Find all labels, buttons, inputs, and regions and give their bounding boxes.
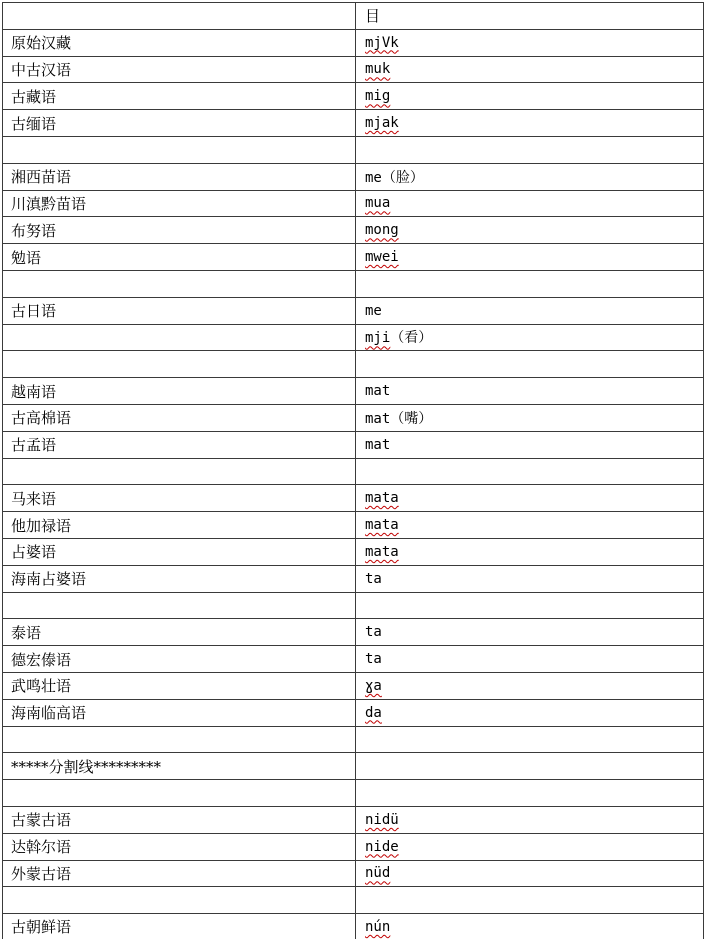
word-label: nide xyxy=(365,839,399,855)
language-label: *****分割线********* xyxy=(11,758,161,776)
word-cell[interactable] xyxy=(356,726,704,753)
language-cell[interactable] xyxy=(3,351,356,378)
word-cell[interactable]: mji（看） xyxy=(356,324,704,351)
language-cell[interactable] xyxy=(3,458,356,485)
word-cell[interactable]: muk xyxy=(356,56,704,83)
table-row xyxy=(3,592,704,619)
language-label: 古高棉语 xyxy=(11,409,71,427)
language-cell[interactable]: 原始汉藏 xyxy=(3,29,356,56)
word-cell[interactable] xyxy=(356,458,704,485)
word-cell[interactable]: da xyxy=(356,699,704,726)
table-row: 原始汉藏 mjVk xyxy=(3,29,704,56)
word-label: mjak xyxy=(365,115,399,131)
word-cell[interactable]: nún xyxy=(356,914,704,939)
word-label: muk xyxy=(365,61,390,77)
table-row xyxy=(3,726,704,753)
language-cell[interactable]: 占婆语 xyxy=(3,538,356,565)
language-label: 海南临高语 xyxy=(11,704,86,722)
table-row: 海南临高语 da xyxy=(3,699,704,726)
table-row: 马来语 mata xyxy=(3,485,704,512)
word-cell[interactable]: nide xyxy=(356,833,704,860)
table-row: 古高棉语 mat（嘴） xyxy=(3,404,704,431)
word-cell[interactable] xyxy=(356,351,704,378)
word-label: ta xyxy=(365,651,382,667)
header-word-label: 目 xyxy=(365,7,380,25)
table-row: 武鸣壮语 ɣa xyxy=(3,672,704,699)
language-cell[interactable]: 泰语 xyxy=(3,619,356,646)
language-label: 他加禄语 xyxy=(11,517,71,535)
language-label: 马来语 xyxy=(11,490,56,508)
word-cell[interactable]: mata xyxy=(356,538,704,565)
language-cell[interactable]: 他加禄语 xyxy=(3,512,356,539)
table-row xyxy=(3,780,704,807)
language-cell[interactable]: 海南临高语 xyxy=(3,699,356,726)
language-cell[interactable]: 中古汉语 xyxy=(3,56,356,83)
language-cell[interactable] xyxy=(3,136,356,163)
word-label: mat xyxy=(365,411,390,427)
language-cell[interactable]: 古蒙古语 xyxy=(3,806,356,833)
language-cell[interactable]: 外蒙古语 xyxy=(3,860,356,887)
table-row xyxy=(3,351,704,378)
table-row: 古蒙古语 nidü xyxy=(3,806,704,833)
language-cell[interactable] xyxy=(3,887,356,914)
word-label: nidü xyxy=(365,812,399,828)
word-label: mua xyxy=(365,195,390,211)
language-cell[interactable]: 湘西苗语 xyxy=(3,163,356,190)
language-label: 湘西苗语 xyxy=(11,168,71,186)
word-cell[interactable] xyxy=(356,136,704,163)
table-row: 德宏傣语 ta xyxy=(3,646,704,673)
language-label: 海南占婆语 xyxy=(11,570,86,588)
table-row: 泰语 ta xyxy=(3,619,704,646)
language-label: 占婆语 xyxy=(11,543,56,561)
word-cell[interactable]: mata xyxy=(356,512,704,539)
language-cell[interactable]: 古缅语 xyxy=(3,110,356,137)
language-label: 布努语 xyxy=(11,222,56,240)
language-cell[interactable]: 古藏语 xyxy=(3,83,356,110)
language-label: 古朝鲜语 xyxy=(11,918,71,936)
table-row: 他加禄语 mata xyxy=(3,512,704,539)
word-label: me xyxy=(365,170,382,186)
table-row: 古藏语 mig xyxy=(3,83,704,110)
word-cell[interactable]: mong xyxy=(356,217,704,244)
word-cell[interactable]: mat xyxy=(356,431,704,458)
word-cell[interactable]: mig xyxy=(356,83,704,110)
word-label: ta xyxy=(365,571,382,587)
language-cell[interactable]: 勉语 xyxy=(3,244,356,271)
language-label: 古日语 xyxy=(11,302,56,320)
table-row: 湘西苗语 me（脸） xyxy=(3,163,704,190)
table-body: 原始汉藏 mjVk 中古汉语 muk 古藏语 mig 古缅 xyxy=(3,29,704,939)
word-label: ta xyxy=(365,624,382,640)
word-cell[interactable] xyxy=(356,780,704,807)
word-cell[interactable]: mjVk xyxy=(356,29,704,56)
table-row xyxy=(3,458,704,485)
language-label: 德宏傣语 xyxy=(11,651,71,669)
language-cell[interactable] xyxy=(3,780,356,807)
language-cell[interactable]: 川滇黔苗语 xyxy=(3,190,356,217)
header-row: 目 xyxy=(3,3,704,30)
word-note: （嘴） xyxy=(390,411,432,427)
table-row: 海南占婆语 ta xyxy=(3,565,704,592)
word-cell[interactable]: ta xyxy=(356,565,704,592)
language-label: 达斡尔语 xyxy=(11,838,71,856)
language-cell[interactable] xyxy=(3,592,356,619)
language-cell[interactable]: 武鸣壮语 xyxy=(3,672,356,699)
language-label: 原始汉藏 xyxy=(11,34,71,52)
word-cell[interactable] xyxy=(356,270,704,297)
language-label: 古孟语 xyxy=(11,436,56,454)
word-cell[interactable]: ɣa xyxy=(356,672,704,699)
word-label: nún xyxy=(365,919,390,935)
language-label: 勉语 xyxy=(11,249,41,267)
table-row: 达斡尔语 nide xyxy=(3,833,704,860)
table-row: 越南语 mat xyxy=(3,378,704,405)
table-row xyxy=(3,270,704,297)
language-cell[interactable]: 古朝鲜语 xyxy=(3,914,356,939)
language-label: 外蒙古语 xyxy=(11,865,71,883)
language-cell[interactable]: *****分割线********* xyxy=(3,753,356,780)
header-language-cell[interactable] xyxy=(3,3,356,30)
word-cell[interactable]: nidü xyxy=(356,806,704,833)
language-cell[interactable]: 马来语 xyxy=(3,485,356,512)
word-label: da xyxy=(365,705,382,721)
word-cell[interactable]: nüd xyxy=(356,860,704,887)
word-label: ɣa xyxy=(365,678,382,694)
table-row: 古缅语 mjak xyxy=(3,110,704,137)
cognate-table: 目 原始汉藏 mjVk 中古汉语 muk 古藏语 xyxy=(2,2,704,939)
word-label: mata xyxy=(365,490,399,506)
word-cell[interactable] xyxy=(356,887,704,914)
language-cell[interactable] xyxy=(3,726,356,753)
word-cell[interactable]: ta xyxy=(356,619,704,646)
language-cell[interactable] xyxy=(3,270,356,297)
word-label: mig xyxy=(365,88,390,104)
language-label: 泰语 xyxy=(11,624,41,642)
table-row xyxy=(3,136,704,163)
word-cell[interactable]: mata xyxy=(356,485,704,512)
table-row: 中古汉语 muk xyxy=(3,56,704,83)
table-row: 勉语 mwei xyxy=(3,244,704,271)
word-cell[interactable]: mwei xyxy=(356,244,704,271)
word-cell[interactable] xyxy=(356,592,704,619)
word-cell[interactable]: mat xyxy=(356,378,704,405)
word-label: mata xyxy=(365,544,399,560)
table-row: 外蒙古语 nüd xyxy=(3,860,704,887)
word-cell[interactable]: mjak xyxy=(356,110,704,137)
table-row: 占婆语 mata xyxy=(3,538,704,565)
language-label: 古缅语 xyxy=(11,115,56,133)
language-label: 古蒙古语 xyxy=(11,811,71,829)
language-cell[interactable]: 古孟语 xyxy=(3,431,356,458)
language-cell[interactable]: 海南占婆语 xyxy=(3,565,356,592)
table-row: 古孟语 mat xyxy=(3,431,704,458)
word-label: mata xyxy=(365,517,399,533)
table-row: *****分割线********* xyxy=(3,753,704,780)
word-label: mong xyxy=(365,222,399,238)
table-row: 古日语 me xyxy=(3,297,704,324)
language-label: 武鸣壮语 xyxy=(11,677,71,695)
word-label: me xyxy=(365,303,382,319)
word-cell[interactable]: mat（嘴） xyxy=(356,404,704,431)
word-label: mat xyxy=(365,383,390,399)
word-cell[interactable]: mua xyxy=(356,190,704,217)
language-cell[interactable] xyxy=(3,324,356,351)
word-label: nüd xyxy=(365,865,390,881)
table-row: 古朝鲜语 nún xyxy=(3,914,704,939)
word-cell[interactable]: me xyxy=(356,297,704,324)
language-label: 古藏语 xyxy=(11,88,56,106)
language-label: 中古汉语 xyxy=(11,61,71,79)
language-cell[interactable]: 达斡尔语 xyxy=(3,833,356,860)
document-page: 目 原始汉藏 mjVk 中古汉语 muk 古藏语 xyxy=(0,0,712,939)
word-label: mji xyxy=(365,330,390,346)
language-label: 川滇黔苗语 xyxy=(11,195,86,213)
word-label: mjVk xyxy=(365,35,399,51)
language-label: 越南语 xyxy=(11,383,56,401)
word-label: mat xyxy=(365,437,390,453)
table-row: 川滇黔苗语 mua xyxy=(3,190,704,217)
word-note: （脸） xyxy=(382,170,424,186)
header-word-cell[interactable]: 目 xyxy=(356,3,704,30)
word-cell[interactable]: ta xyxy=(356,646,704,673)
language-cell[interactable]: 古高棉语 xyxy=(3,404,356,431)
word-cell[interactable]: me（脸） xyxy=(356,163,704,190)
table-row xyxy=(3,887,704,914)
word-note: （看） xyxy=(390,330,432,346)
language-cell[interactable]: 德宏傣语 xyxy=(3,646,356,673)
table-row: 布努语 mong xyxy=(3,217,704,244)
language-cell[interactable]: 越南语 xyxy=(3,378,356,405)
table-row: mji（看） xyxy=(3,324,704,351)
language-cell[interactable]: 布努语 xyxy=(3,217,356,244)
language-cell[interactable]: 古日语 xyxy=(3,297,356,324)
word-cell[interactable] xyxy=(356,753,704,780)
word-label: mwei xyxy=(365,249,399,265)
